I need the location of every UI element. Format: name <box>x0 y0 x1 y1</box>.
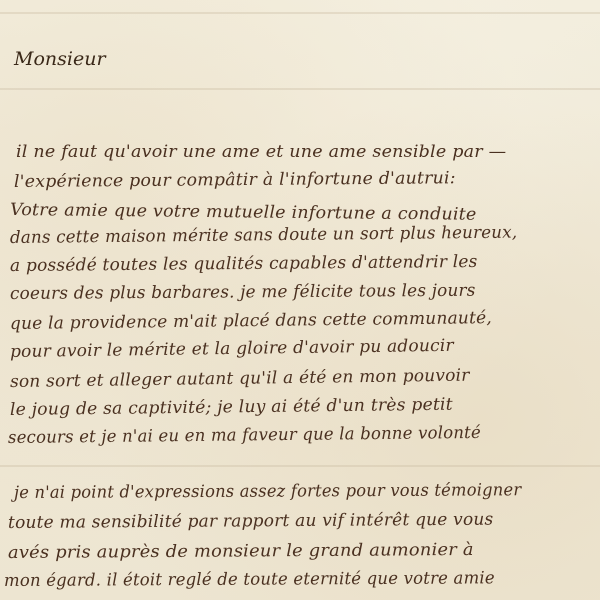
letter-line: le joug de sa captivité; je luy ai été d… <box>10 395 453 420</box>
letter-line: toute ma sensibilité par rapport au vif … <box>8 510 494 533</box>
letter-line: pour avoir le mérite et la gloire d'avoi… <box>10 336 454 362</box>
letter-line: avés pris auprès de monsieur le grand au… <box>8 540 474 563</box>
letter-line: Votre amie que votre mutuelle infortune … <box>10 200 477 225</box>
letter-line: a possédé toutes les qualités capables d… <box>10 252 478 276</box>
letter-line: secours et je n'ai eu en ma faveur que l… <box>8 423 481 448</box>
letter-line: son sort et alleger autant qu'il a été e… <box>10 366 470 392</box>
letter-line: dans cette maison mérite sans doute un s… <box>10 223 517 248</box>
paper-fold <box>0 12 600 14</box>
salutation: Monsieur <box>14 48 106 70</box>
letter-line: je n'ai point d'expressions assez fortes… <box>14 480 521 503</box>
letter-line: coeurs des plus barbares. je me félicite… <box>10 281 476 304</box>
letter-line: il ne faut qu'avoir une ame et une ame s… <box>16 142 506 162</box>
letter-line: mon égard. il étoit reglé de toute etern… <box>4 568 495 591</box>
letter-line: que la providence m'ait placé dans cette… <box>10 308 492 334</box>
paper-fold <box>0 465 600 467</box>
paper-fold <box>0 88 600 90</box>
letter-line: l'expérience pour compâtir à l'infortune… <box>14 168 456 192</box>
letter-page: Monsieur il ne faut qu'avoir une ame et … <box>0 0 600 600</box>
